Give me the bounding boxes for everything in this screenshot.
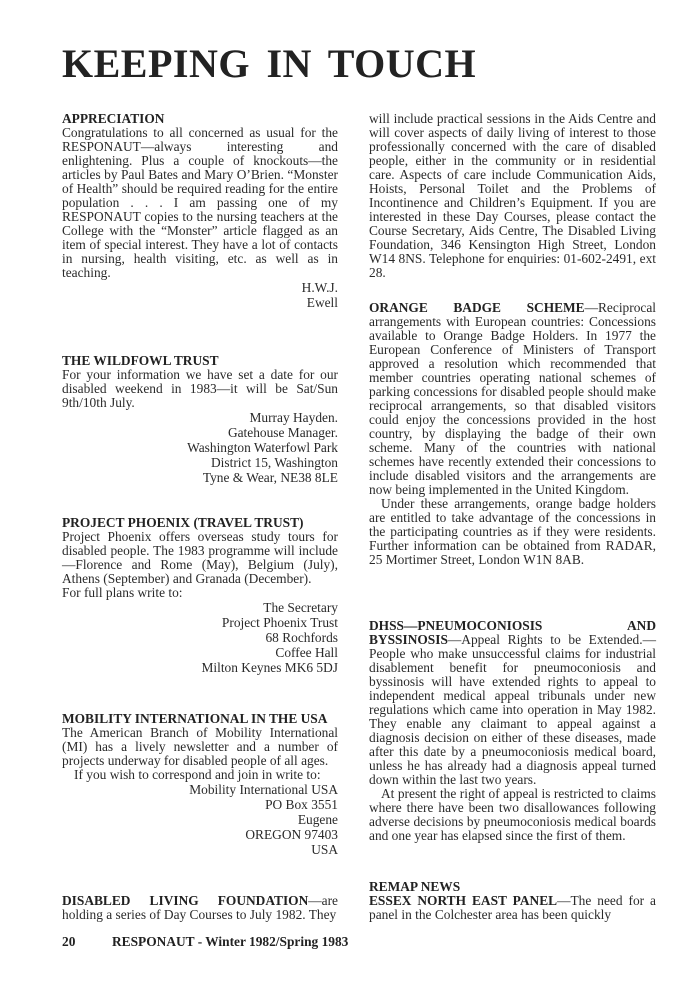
heading-remap-news: REMAP NEWS: [369, 880, 656, 894]
signature-line: Murray Hayden.: [62, 410, 338, 425]
signature-line: H.W.J.: [62, 280, 338, 295]
mobility-address: Mobility International USA PO Box 3551 E…: [62, 782, 338, 857]
address-line: Project Phoenix Trust: [62, 615, 338, 630]
section-disabled-living-foundation: DISABLED LIVING FOUNDATION—are holding a…: [62, 894, 338, 922]
dhss-body: —Appeal Rights to be Extended.—People wh…: [369, 632, 656, 787]
mobility-write-to: If you wish to correspond and join in wr…: [62, 768, 338, 782]
phoenix-body: Project Phoenix offers overseas study to…: [62, 530, 338, 586]
dhss-paragraph: DHSS—PNEUMOCONIOSIS AND BYSSINOSIS—Appea…: [369, 619, 656, 787]
section-dhss: DHSS—PNEUMOCONIOSIS AND BYSSINOSIS—Appea…: [369, 619, 656, 843]
remap-paragraph: ESSEX NORTH EAST PANEL—The need for a pa…: [369, 894, 656, 922]
address-line: OREGON 97403: [62, 827, 338, 842]
phoenix-address: The Secretary Project Phoenix Trust 68 R…: [62, 600, 338, 675]
section-dlf-continued: will include practical sessions in the A…: [369, 112, 656, 280]
heading-appreciation: APPRECIATION: [62, 112, 338, 126]
address-line: USA: [62, 842, 338, 857]
dlf-paragraph: DISABLED LIVING FOUNDATION—are holding a…: [62, 894, 338, 922]
section-appreciation: APPRECIATION Congratulations to all conc…: [62, 112, 338, 310]
wildfowl-body: For your information we have set a date …: [62, 368, 338, 410]
heading-wildfowl-trust: THE WILDFOWL TRUST: [62, 354, 338, 368]
heading-dlf: DISABLED LIVING FOUNDATION: [62, 893, 308, 908]
orange-badge-paragraph: ORANGE BADGE SCHEME—Reciprocal arrangeme…: [369, 301, 656, 497]
appreciation-signature: H.W.J. Ewell: [62, 280, 338, 310]
address-line: Milton Keynes MK6 5DJ: [62, 660, 338, 675]
dlf-continued-body: will include practical sessions in the A…: [369, 112, 656, 280]
signature-line: Tyne & Wear, NE38 8LE: [62, 470, 338, 485]
heading-mobility-international: MOBILITY INTERNATIONAL IN THE USA: [62, 712, 338, 726]
page-number: 20: [62, 934, 112, 950]
orange-badge-body-2: Under these arrangements, orange badge h…: [369, 497, 656, 567]
address-line: 68 Rochfords: [62, 630, 338, 645]
publication-name: RESPONAUT - Winter 1982/Spring 1983: [112, 934, 348, 949]
address-line: Mobility International USA: [62, 782, 338, 797]
signature-line: Ewell: [62, 295, 338, 310]
orange-badge-body: —Reciprocal arrangements with European c…: [369, 300, 656, 497]
appreciation-body: Congratulations to all concerned as usua…: [62, 126, 338, 280]
wildfowl-signature: Murray Hayden. Gatehouse Manager. Washin…: [62, 410, 338, 485]
signature-line: District 15, Washington: [62, 455, 338, 470]
heading-essex-panel: ESSEX NORTH EAST PANEL: [369, 893, 557, 908]
section-mobility-international: MOBILITY INTERNATIONAL IN THE USA The Am…: [62, 712, 338, 857]
page-footer: 20RESPONAUT - Winter 1982/Spring 1983: [62, 934, 348, 950]
signature-line: Washington Waterfowl Park: [62, 440, 338, 455]
mobility-body: The American Branch of Mobility Internat…: [62, 726, 338, 768]
address-line: PO Box 3551: [62, 797, 338, 812]
section-project-phoenix: PROJECT PHOENIX (TRAVEL TRUST) Project P…: [62, 516, 338, 675]
address-line: Coffee Hall: [62, 645, 338, 660]
section-orange-badge: ORANGE BADGE SCHEME—Reciprocal arrangeme…: [369, 301, 656, 567]
heading-project-phoenix: PROJECT PHOENIX (TRAVEL TRUST): [62, 516, 338, 530]
page-title: KEEPING IN TOUCH: [62, 40, 476, 87]
address-line: Eugene: [62, 812, 338, 827]
signature-line: Gatehouse Manager.: [62, 425, 338, 440]
section-wildfowl-trust: THE WILDFOWL TRUST For your information …: [62, 354, 338, 485]
section-remap-news: REMAP NEWS ESSEX NORTH EAST PANEL—The ne…: [369, 880, 656, 922]
heading-orange-badge: ORANGE BADGE SCHEME: [369, 300, 585, 315]
address-line: The Secretary: [62, 600, 338, 615]
phoenix-write-to: For full plans write to:: [62, 586, 338, 600]
dhss-body-2: At present the right of appeal is restri…: [369, 787, 656, 843]
